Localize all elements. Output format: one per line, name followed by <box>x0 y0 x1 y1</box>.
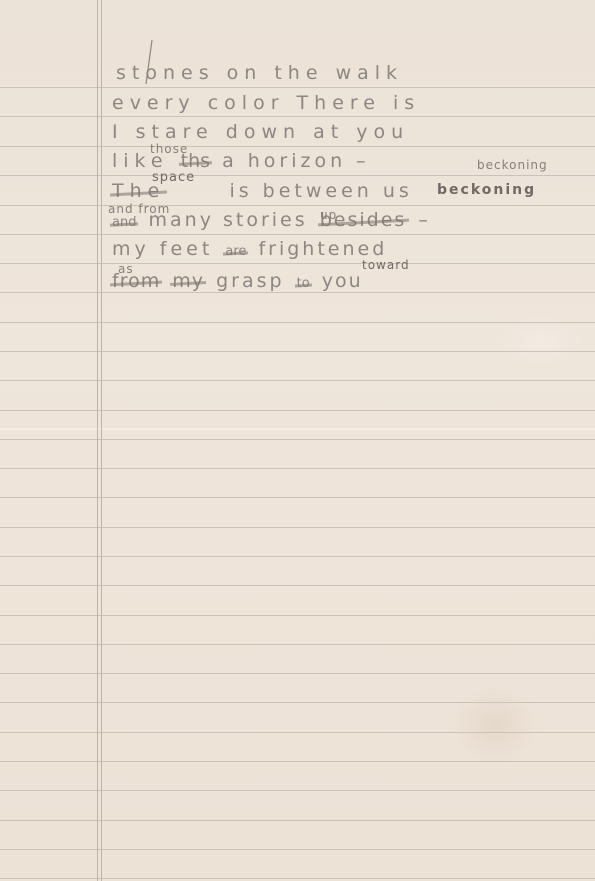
rule-line <box>0 146 595 147</box>
margin-line <box>101 0 102 881</box>
rule-line <box>0 878 595 879</box>
manuscript-line-6: and many stories besides – <box>112 209 434 231</box>
line-text: my feet <box>112 238 213 260</box>
line-text: frightened <box>258 238 387 260</box>
inserted-word: up <box>320 208 337 222</box>
rule-line <box>0 322 595 323</box>
rule-line <box>0 849 595 850</box>
inserted-word: beckoning <box>477 158 548 172</box>
rule-line <box>0 175 595 176</box>
rule-line <box>0 790 595 791</box>
manuscript-line-5: The is between us <box>112 180 413 202</box>
notebook-page: stones on the walk every color There is … <box>0 0 595 881</box>
manuscript-line-2: every color There is <box>112 92 420 114</box>
rule-line <box>0 702 595 703</box>
line-text: you <box>322 270 363 292</box>
margin-line <box>97 0 98 881</box>
rule-line <box>0 585 595 586</box>
paper-fold-crease <box>0 428 595 430</box>
line-text: grasp <box>216 270 284 292</box>
struck-word: The <box>112 180 165 202</box>
rule-line <box>0 527 595 528</box>
struck-word: are <box>225 244 246 259</box>
struck-word: and <box>112 215 136 230</box>
line-text: is between us <box>229 180 412 202</box>
overwritten-word: beckoning <box>437 182 536 198</box>
manuscript-line-3: I stare down at you <box>112 121 409 143</box>
rule-line <box>0 673 595 674</box>
rule-line <box>0 497 595 498</box>
rule-line <box>0 732 595 733</box>
rule-line <box>0 116 595 117</box>
rule-line <box>0 87 595 88</box>
rule-line <box>0 820 595 821</box>
line-text: many stories <box>149 209 308 231</box>
rule-line <box>0 263 595 264</box>
inserted-word: those <box>150 142 188 156</box>
line-text: every color There is <box>112 92 420 114</box>
manuscript-line-7: my feet are frightened <box>112 238 387 260</box>
rule-line <box>0 410 595 411</box>
line-text: a horizon – <box>222 150 370 172</box>
rule-line <box>0 644 595 645</box>
dash: – <box>418 209 434 231</box>
struck-word: from <box>112 270 160 292</box>
rule-line <box>0 292 595 293</box>
rule-line <box>0 234 595 235</box>
line-text: I stare down at you <box>112 121 409 143</box>
manuscript-line-8: from my grasp to you <box>112 270 363 292</box>
rule-line <box>0 380 595 381</box>
pencil-stroke <box>140 38 160 88</box>
rule-line <box>0 205 595 206</box>
struck-word: to <box>297 276 310 291</box>
rule-line <box>0 439 595 440</box>
rule-line <box>0 761 595 762</box>
rule-line <box>0 468 595 469</box>
rule-line <box>0 556 595 557</box>
inserted-word: toward <box>362 258 410 272</box>
rule-line <box>0 351 595 352</box>
rule-line <box>0 615 595 616</box>
struck-word: my <box>172 270 204 292</box>
